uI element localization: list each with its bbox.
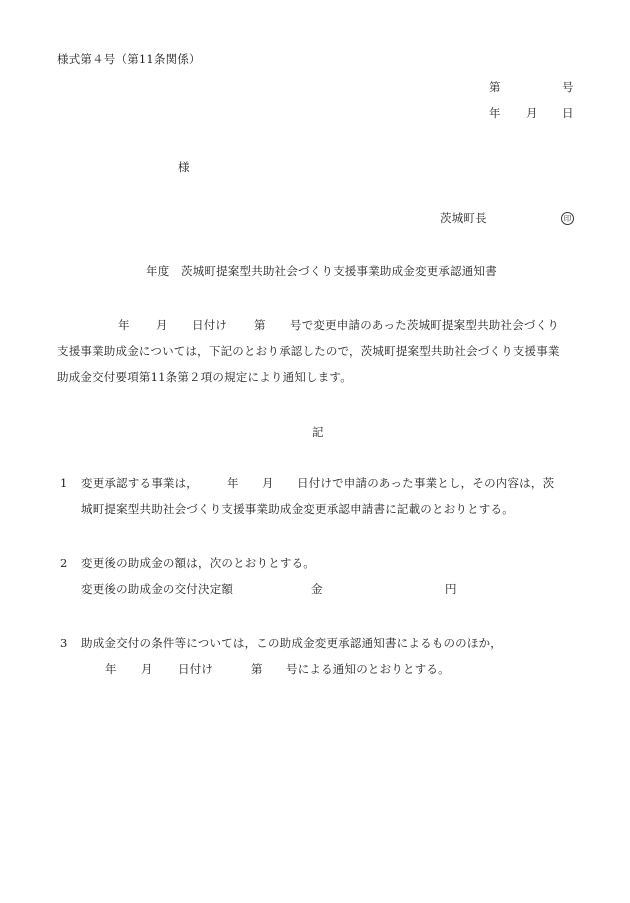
date-year-label: 年: [489, 108, 501, 120]
seal-icon: 印: [561, 212, 574, 225]
document-page: 様式第４号（第11条関係） 第 号 年 月 日 様 茨城町長 印 年度 茨城町提…: [0, 0, 630, 903]
item-3-month-label: 月: [141, 664, 153, 676]
item-2-amount-prefix: 金: [311, 584, 323, 596]
item-1-line1-a: 変更承認する事業は，: [81, 478, 198, 490]
item-3-year-label: 年: [105, 664, 117, 676]
body-number-prefix: 第: [254, 320, 266, 332]
title-year-label: 年度: [146, 266, 169, 278]
doc-number-prefix: 第: [489, 82, 501, 94]
date-month-label: 月: [526, 108, 538, 120]
item-3-line2-rest: 号による通知のとおりとする。: [286, 664, 450, 676]
doc-number-suffix: 号: [562, 82, 574, 94]
item-1-year-label: 年: [227, 478, 239, 490]
body-day-label: 日付け: [192, 320, 227, 332]
sender-name: 茨城町長: [440, 213, 487, 225]
date-day-label: 日: [562, 108, 574, 120]
addressee-honorific: 様: [178, 162, 190, 174]
ki-heading: 記: [312, 427, 324, 439]
body-line2: 支援事業助成金については，下記のとおり承認したので，茨城町提案型共助社会づくり支…: [57, 346, 560, 358]
body-month-label: 月: [156, 320, 168, 332]
item-2-line1: 変更後の助成金の額は，次のとおりとする。: [81, 558, 315, 570]
body-line1-rest: 号で変更申請のあった茨城町提案型共助社会づくり: [290, 320, 559, 332]
item-1-month-label: 月: [262, 478, 274, 490]
item-1-number: 1: [60, 478, 68, 490]
item-1-line2: 城町提案型共助社会づくり支援事業助成金変更承認申請書に記載のとおりとする。: [81, 504, 514, 516]
item-3-line1: 助成金交付の条件等については，この助成金変更承認通知書によるもののほか，: [81, 638, 502, 650]
item-3-day-label: 日付け: [178, 664, 213, 676]
body-line3: 助成金交付要項第11条第２項の規定により通知します。: [57, 372, 352, 384]
item-3-number: 3: [60, 638, 68, 650]
item-2-amount-suffix: 円: [445, 584, 457, 596]
body-year-label: 年: [118, 320, 130, 332]
form-label: 様式第４号（第11条関係）: [57, 54, 201, 66]
item-3-number-prefix: 第: [251, 664, 263, 676]
item-2-amount-label: 変更後の助成金の交付決定額: [81, 584, 233, 596]
item-2-number: 2: [60, 558, 68, 570]
document-title: 茨城町提案型共助社会づくり支援事業助成金変更承認通知書: [181, 266, 497, 278]
item-1-line1-b: 日付けで申請のあった事業とし，その内容は，茨: [297, 478, 554, 490]
